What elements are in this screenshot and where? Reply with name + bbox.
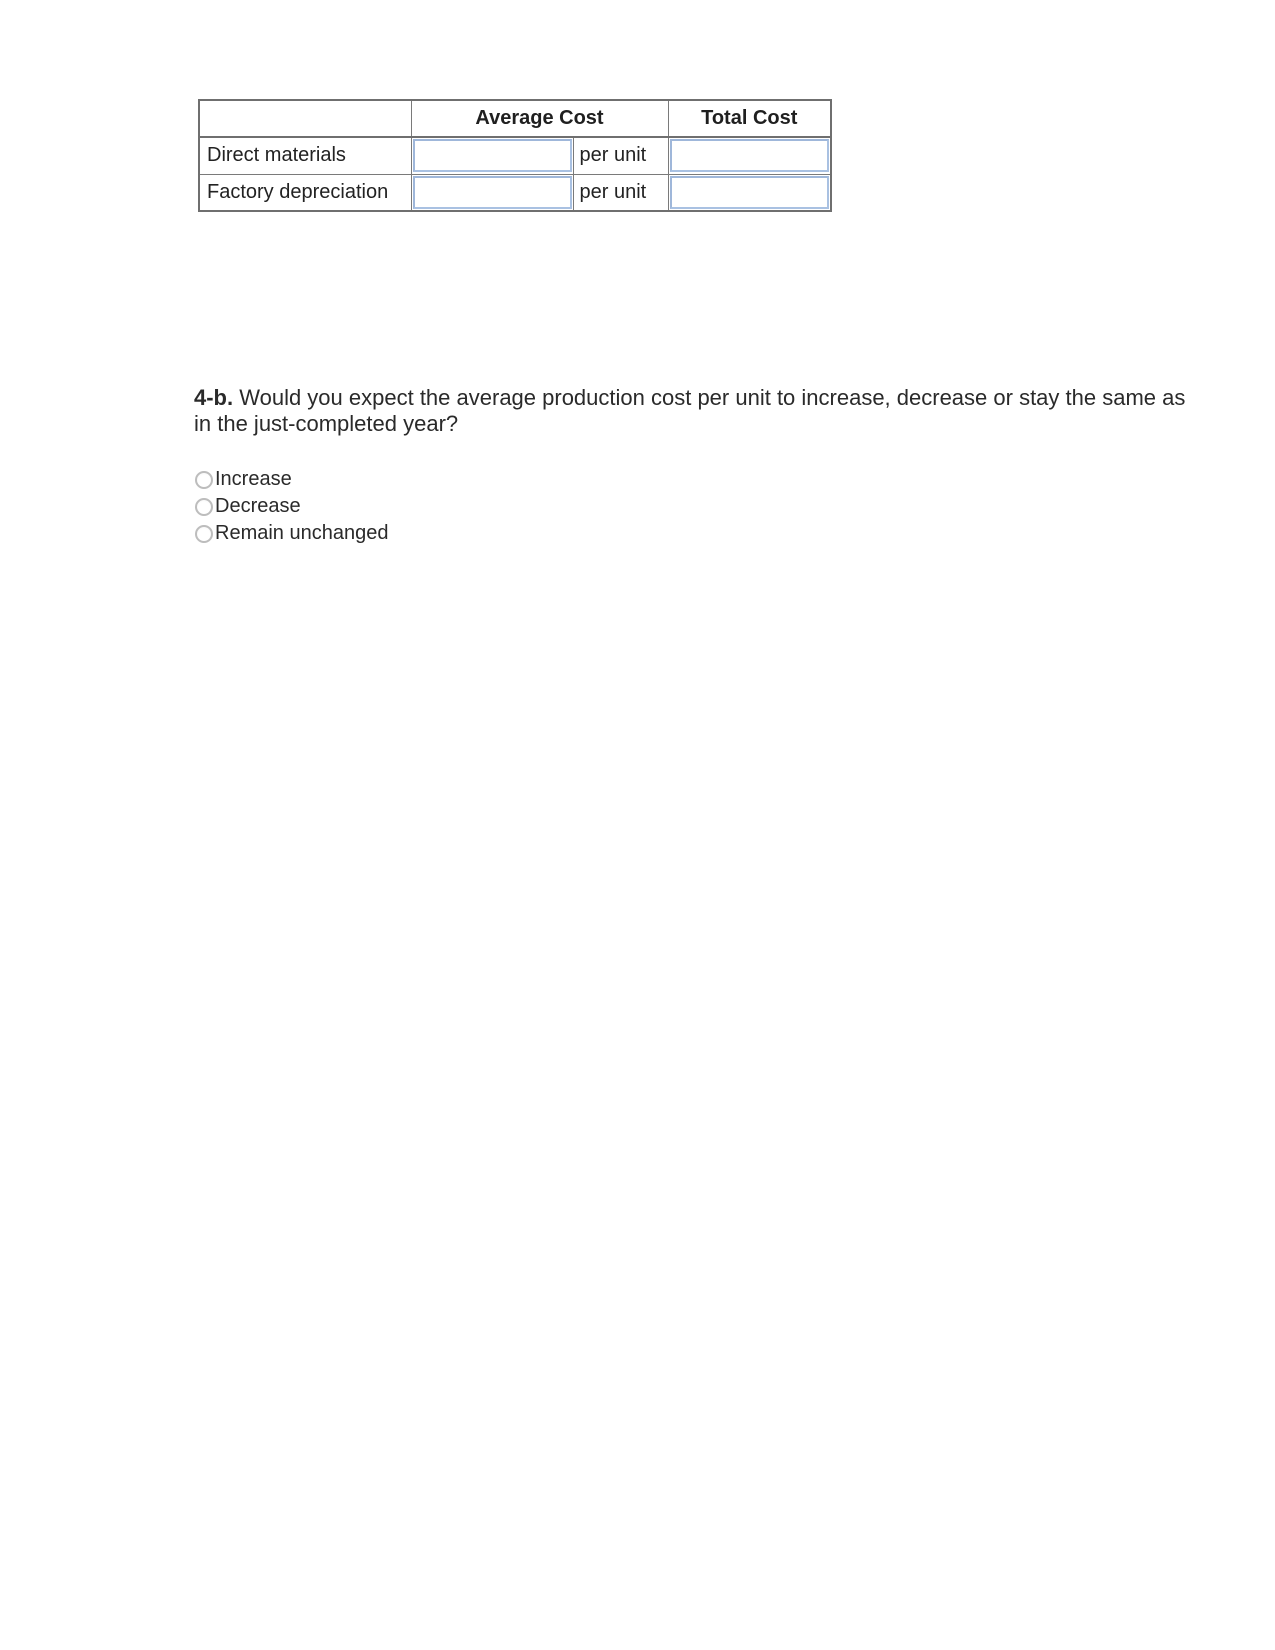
answer-options: Increase Decrease Remain unchanged xyxy=(195,466,388,547)
factory-depreciation-total-cost-input[interactable] xyxy=(670,176,830,209)
option-remain-unchanged[interactable]: Remain unchanged xyxy=(195,520,388,547)
radio-button-icon[interactable] xyxy=(195,525,213,543)
average-cost-cell xyxy=(411,174,573,211)
header-average-cost: Average Cost xyxy=(411,100,668,137)
direct-materials-total-cost-input[interactable] xyxy=(670,139,830,172)
row-label: Factory depreciation xyxy=(199,174,411,211)
average-cost-cell xyxy=(411,137,573,174)
option-increase[interactable]: Increase xyxy=(195,466,388,493)
question-text: 4-b. Would you expect the average produc… xyxy=(194,385,1204,437)
cost-table: Average Cost Total Cost Direct materials… xyxy=(198,99,832,212)
table-row-direct-materials: Direct materials per unit xyxy=(199,137,831,174)
unit-label: per unit xyxy=(573,174,668,211)
option-label[interactable]: Remain unchanged xyxy=(215,522,388,545)
total-cost-cell xyxy=(668,174,831,211)
option-label[interactable]: Increase xyxy=(215,468,292,491)
header-total-cost: Total Cost xyxy=(668,100,831,137)
question-number: 4-b. xyxy=(194,385,233,410)
header-blank xyxy=(199,100,411,137)
option-label[interactable]: Decrease xyxy=(215,495,301,518)
factory-depreciation-average-cost-input[interactable] xyxy=(413,176,572,209)
row-label: Direct materials xyxy=(199,137,411,174)
unit-label: per unit xyxy=(573,137,668,174)
radio-button-icon[interactable] xyxy=(195,471,213,489)
option-decrease[interactable]: Decrease xyxy=(195,493,388,520)
direct-materials-average-cost-input[interactable] xyxy=(413,139,572,172)
radio-button-icon[interactable] xyxy=(195,498,213,516)
table-header-row: Average Cost Total Cost xyxy=(199,100,831,137)
table-row-factory-depreciation: Factory depreciation per unit xyxy=(199,174,831,211)
total-cost-cell xyxy=(668,137,831,174)
question-body: Would you expect the average production … xyxy=(194,385,1185,436)
